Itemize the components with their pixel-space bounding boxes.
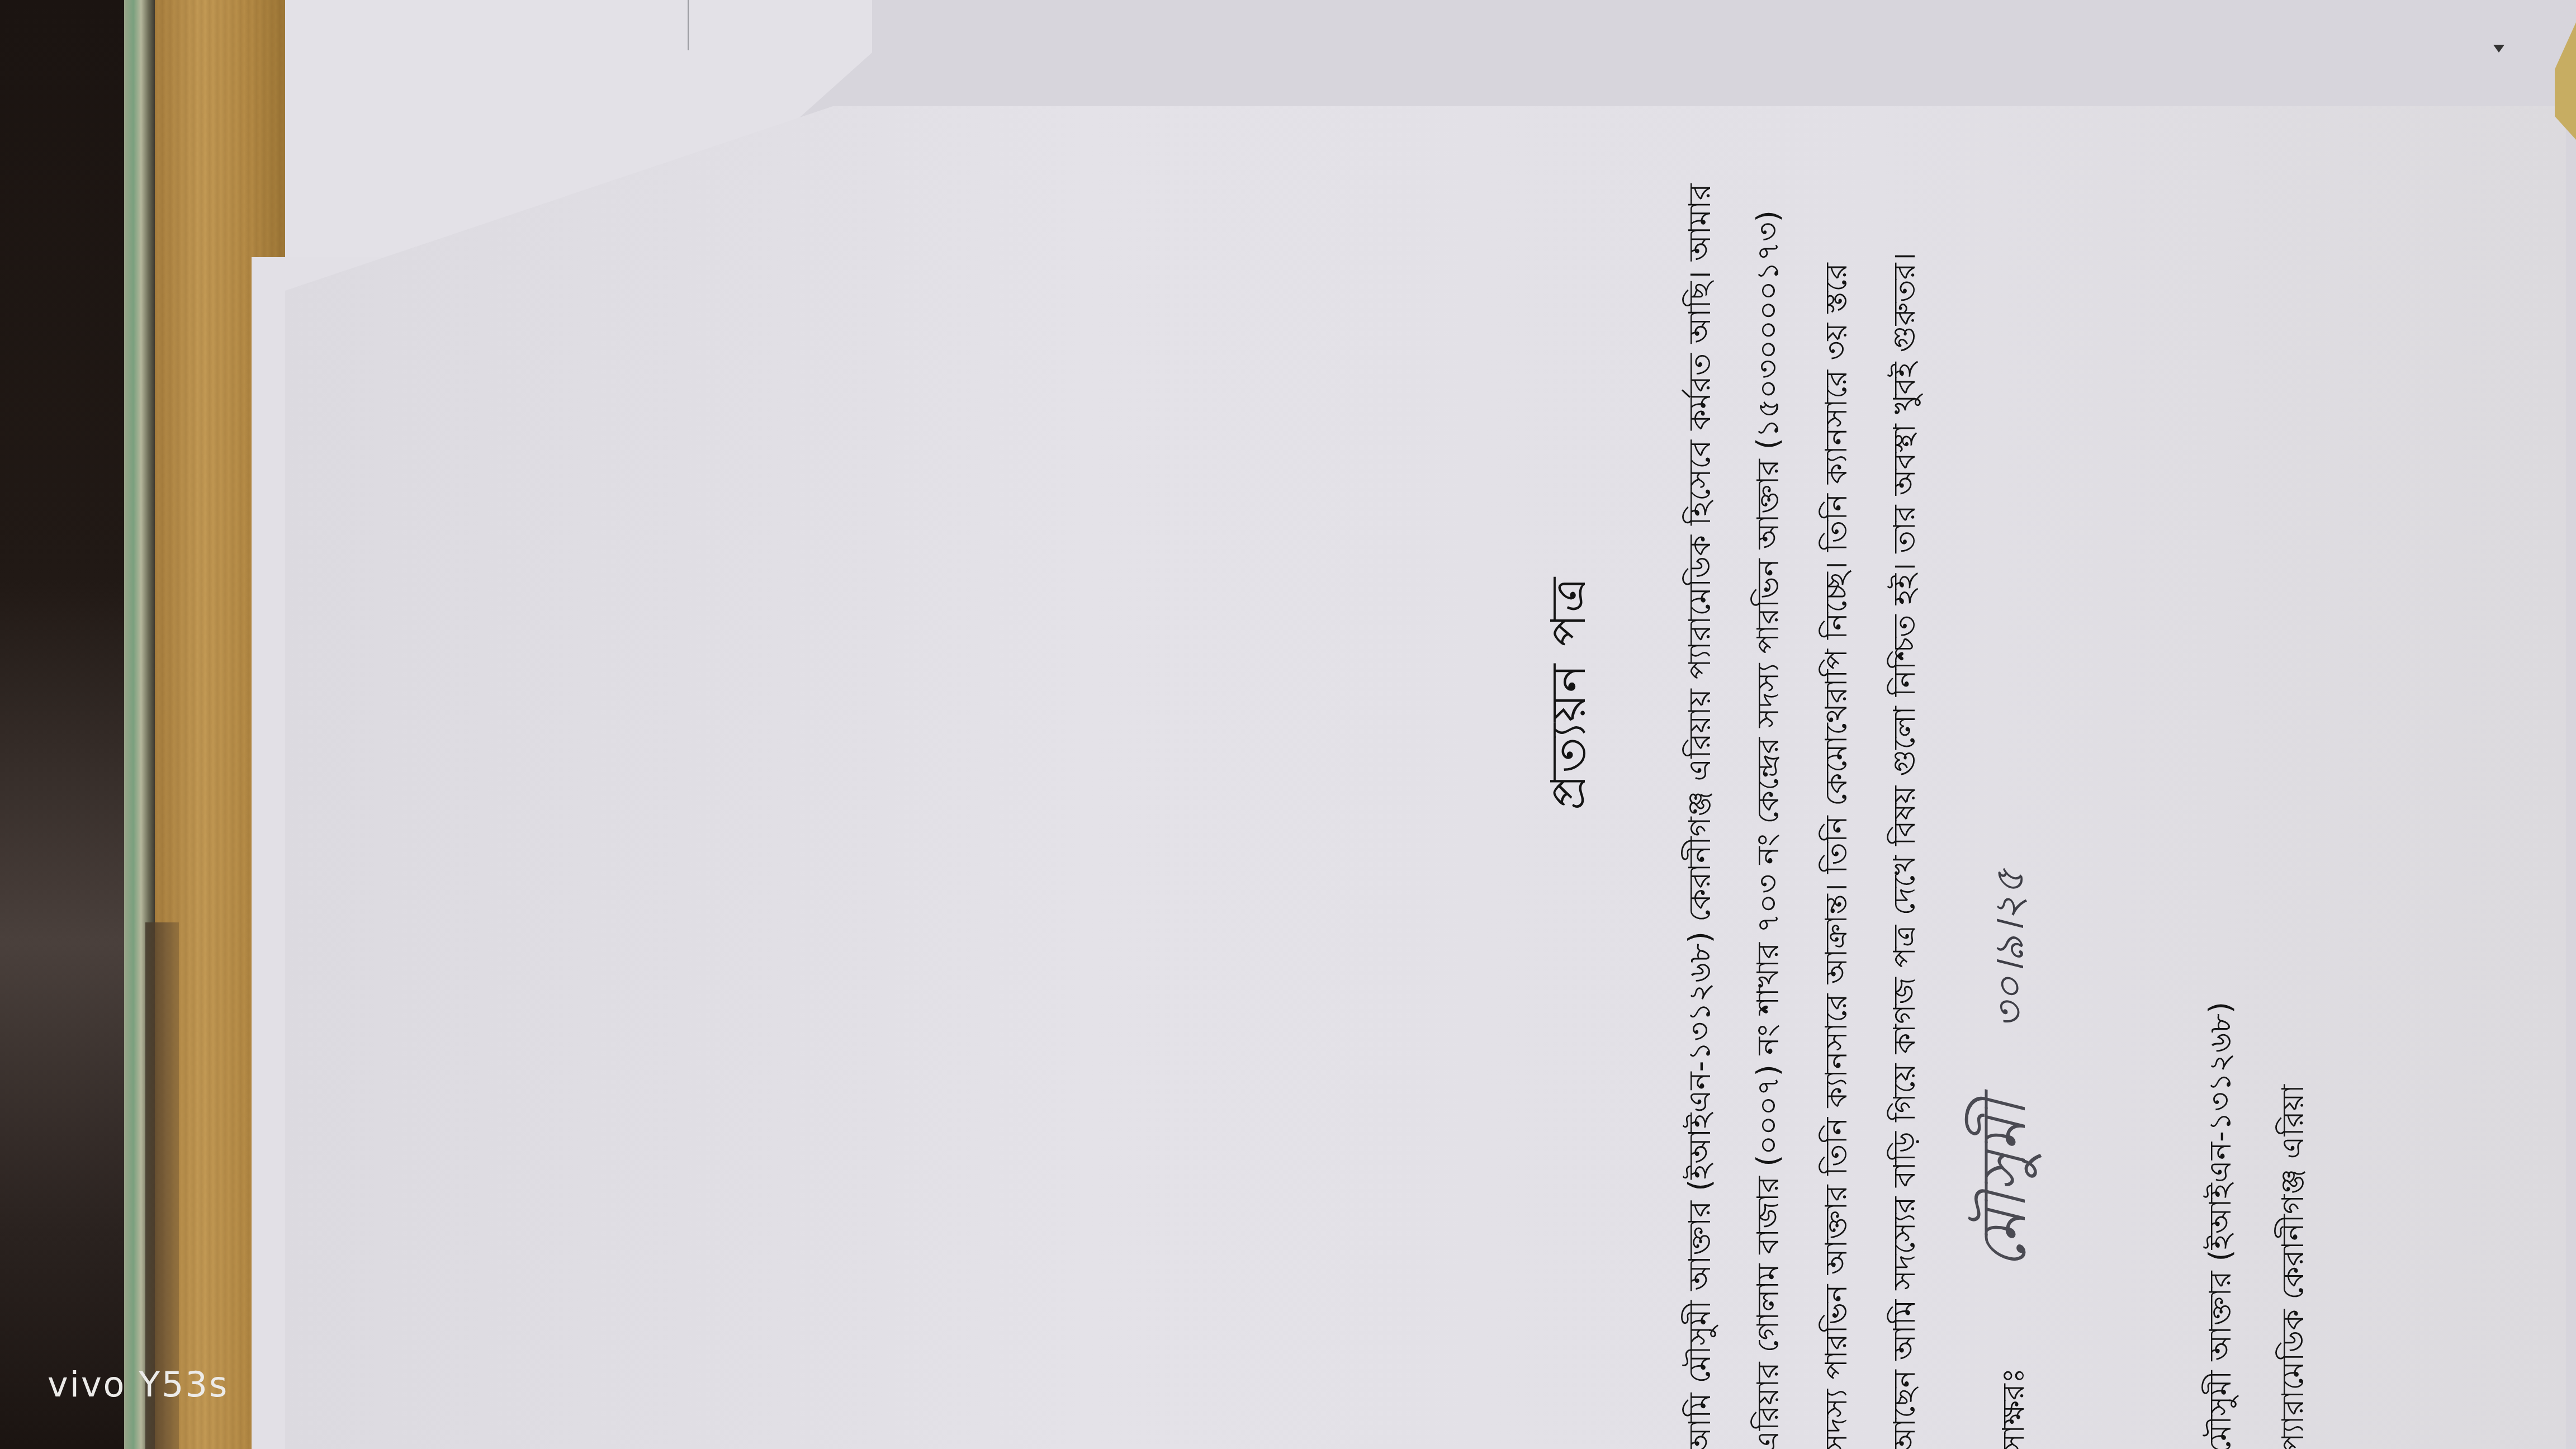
dark-background <box>0 0 145 1449</box>
camera-watermark: vivo Y53s <box>48 1364 229 1405</box>
body-line: এরিয়ার গোলাম বাজার (০০০৭) নং শাখার ৭০৩ … <box>1734 140 1802 1449</box>
signature-label: সাক্ষরঃ <box>1990 1367 2040 1449</box>
body-line: সদস্য পারভিন আক্তার তিনি ক্যানসারে আক্রা… <box>1802 140 1871 1449</box>
signatory-name: মৌসুমী আক্তার (ইআইএন-১৩১২৬৮) <box>2197 1002 2247 1449</box>
document-title: প্রত্যয়ন পত্র <box>1532 525 1612 861</box>
signatory-role: প্যারামেডিক কেরানীগঞ্জ এরিয়া <box>2270 1085 2320 1449</box>
handwritten-signature: মৌসুমী <box>1957 1100 2059 1269</box>
back-paper-print <box>688 0 901 50</box>
document-body: আমি মৌসুমী আক্তার (ইআইএন-১৩১২৬৮) কেরানীগ… <box>1666 140 1939 1449</box>
signature-row: সাক্ষরঃ মৌসুমী ৩০।৯।২৫ <box>1957 140 2096 1449</box>
body-line: আছেন আমি সদস্যের বাড়ি গিয়ে কাগজ পত্র দ… <box>1871 140 1939 1449</box>
certificate-content: প্রত্যয়ন পত্র আমি মৌসুমী আক্তার (ইআইএন-… <box>1532 140 2314 1449</box>
handwritten-date: ৩০।৯।২৫ <box>1979 869 2046 1029</box>
body-line: আমি মৌসুমী আক্তার (ইআইএন-১৩১২৬৮) কেরানীগ… <box>1666 140 1734 1449</box>
ink-mark <box>2493 45 2504 53</box>
